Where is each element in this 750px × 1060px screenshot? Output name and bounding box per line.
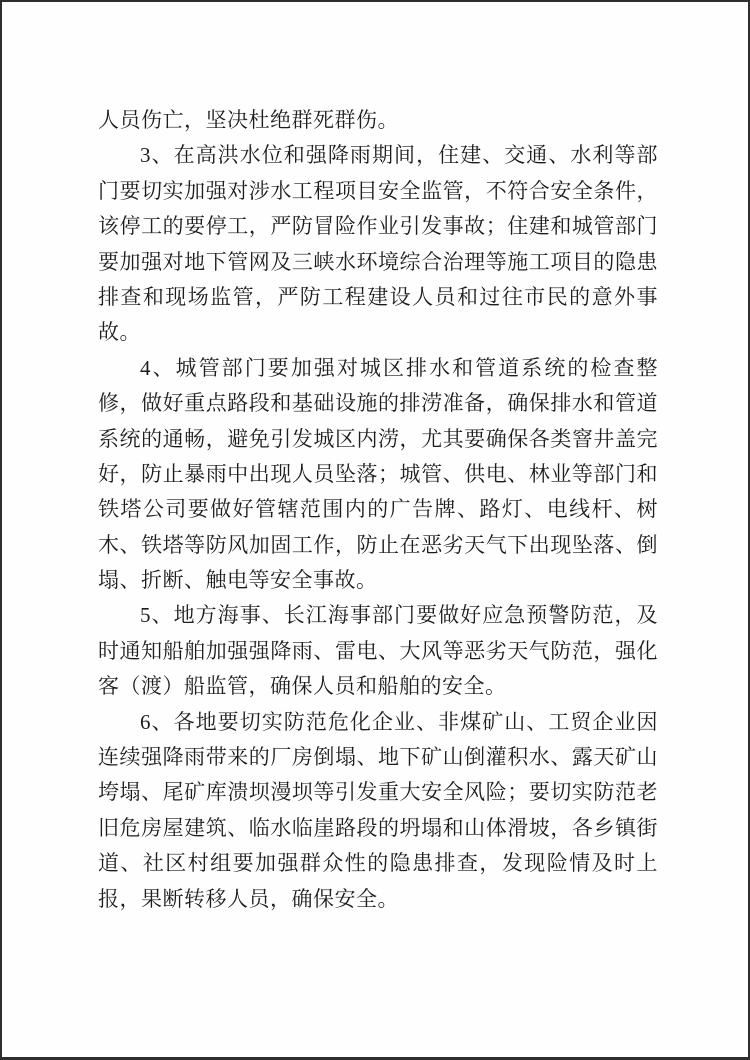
text-line: 要加强对地下管网及三峡水环境综合治理等施工项目的隐患 (98, 245, 658, 280)
text-line: 连续强降雨带来的厂房倒塌、地下矿山倒灌积水、露天矿山 (98, 740, 658, 775)
document-body: 人员伤亡，坚决杜绝群死群伤。3、在高洪水位和强降雨期间，住建、交通、水利等部门要… (98, 103, 658, 917)
text-line: 道、社区村组要加强群众性的隐患排查，发现险情及时上 (98, 846, 658, 881)
text-line: 系统的通畅，避免引发城区内涝，尤其要确保各类窨井盖完 (98, 422, 658, 457)
text-line: 客（渡）船监管，确保人员和船舶的安全。 (98, 669, 658, 704)
text-line: 修，做好重点路段和基础设施的排涝准备，确保排水和管道 (98, 386, 658, 421)
text-line: 塌、折断、触电等安全事故。 (98, 563, 658, 598)
text-line: 5、地方海事、长江海事部门要做好应急预警防范，及 (98, 598, 658, 633)
text-line: 门要切实加强对涉水工程项目安全监管，不符合安全条件， (98, 174, 658, 209)
text-line: 木、铁塔等防风加固工作，防止在恶劣天气下出现坠落、倒 (98, 528, 658, 563)
text-line: 排查和现场监管，严防工程建设人员和过往市民的意外事 (98, 280, 658, 315)
text-line: 好，防止暴雨中出现人员坠落；城管、供电、林业等部门和 (98, 457, 658, 492)
document-page: 人员伤亡，坚决杜绝群死群伤。3、在高洪水位和强降雨期间，住建、交通、水利等部门要… (0, 0, 750, 1060)
text-line: 铁塔公司要做好管辖范围内的广告牌、路灯、电线杆、树 (98, 492, 658, 527)
text-line: 6、各地要切实防范危化企业、非煤矿山、工贸企业因 (98, 705, 658, 740)
text-line: 该停工的要停工，严防冒险作业引发事故；住建和城管部门 (98, 209, 658, 244)
text-line: 旧危房屋建筑、临水临崖路段的坍塌和山体滑坡，各乡镇街 (98, 811, 658, 846)
text-line: 3、在高洪水位和强降雨期间，住建、交通、水利等部 (98, 138, 658, 173)
text-line: 故。 (98, 315, 658, 350)
text-line: 垮塌、尾矿库溃坝漫坝等引发重大安全风险；要切实防范老 (98, 775, 658, 810)
text-line: 人员伤亡，坚决杜绝群死群伤。 (98, 103, 658, 138)
text-line: 时通知船舶加强强降雨、雷电、大风等恶劣天气防范，强化 (98, 634, 658, 669)
text-line: 报，果断转移人员，确保安全。 (98, 882, 658, 917)
text-line: 4、城管部门要加强对城区排水和管道系统的检查整 (98, 351, 658, 386)
